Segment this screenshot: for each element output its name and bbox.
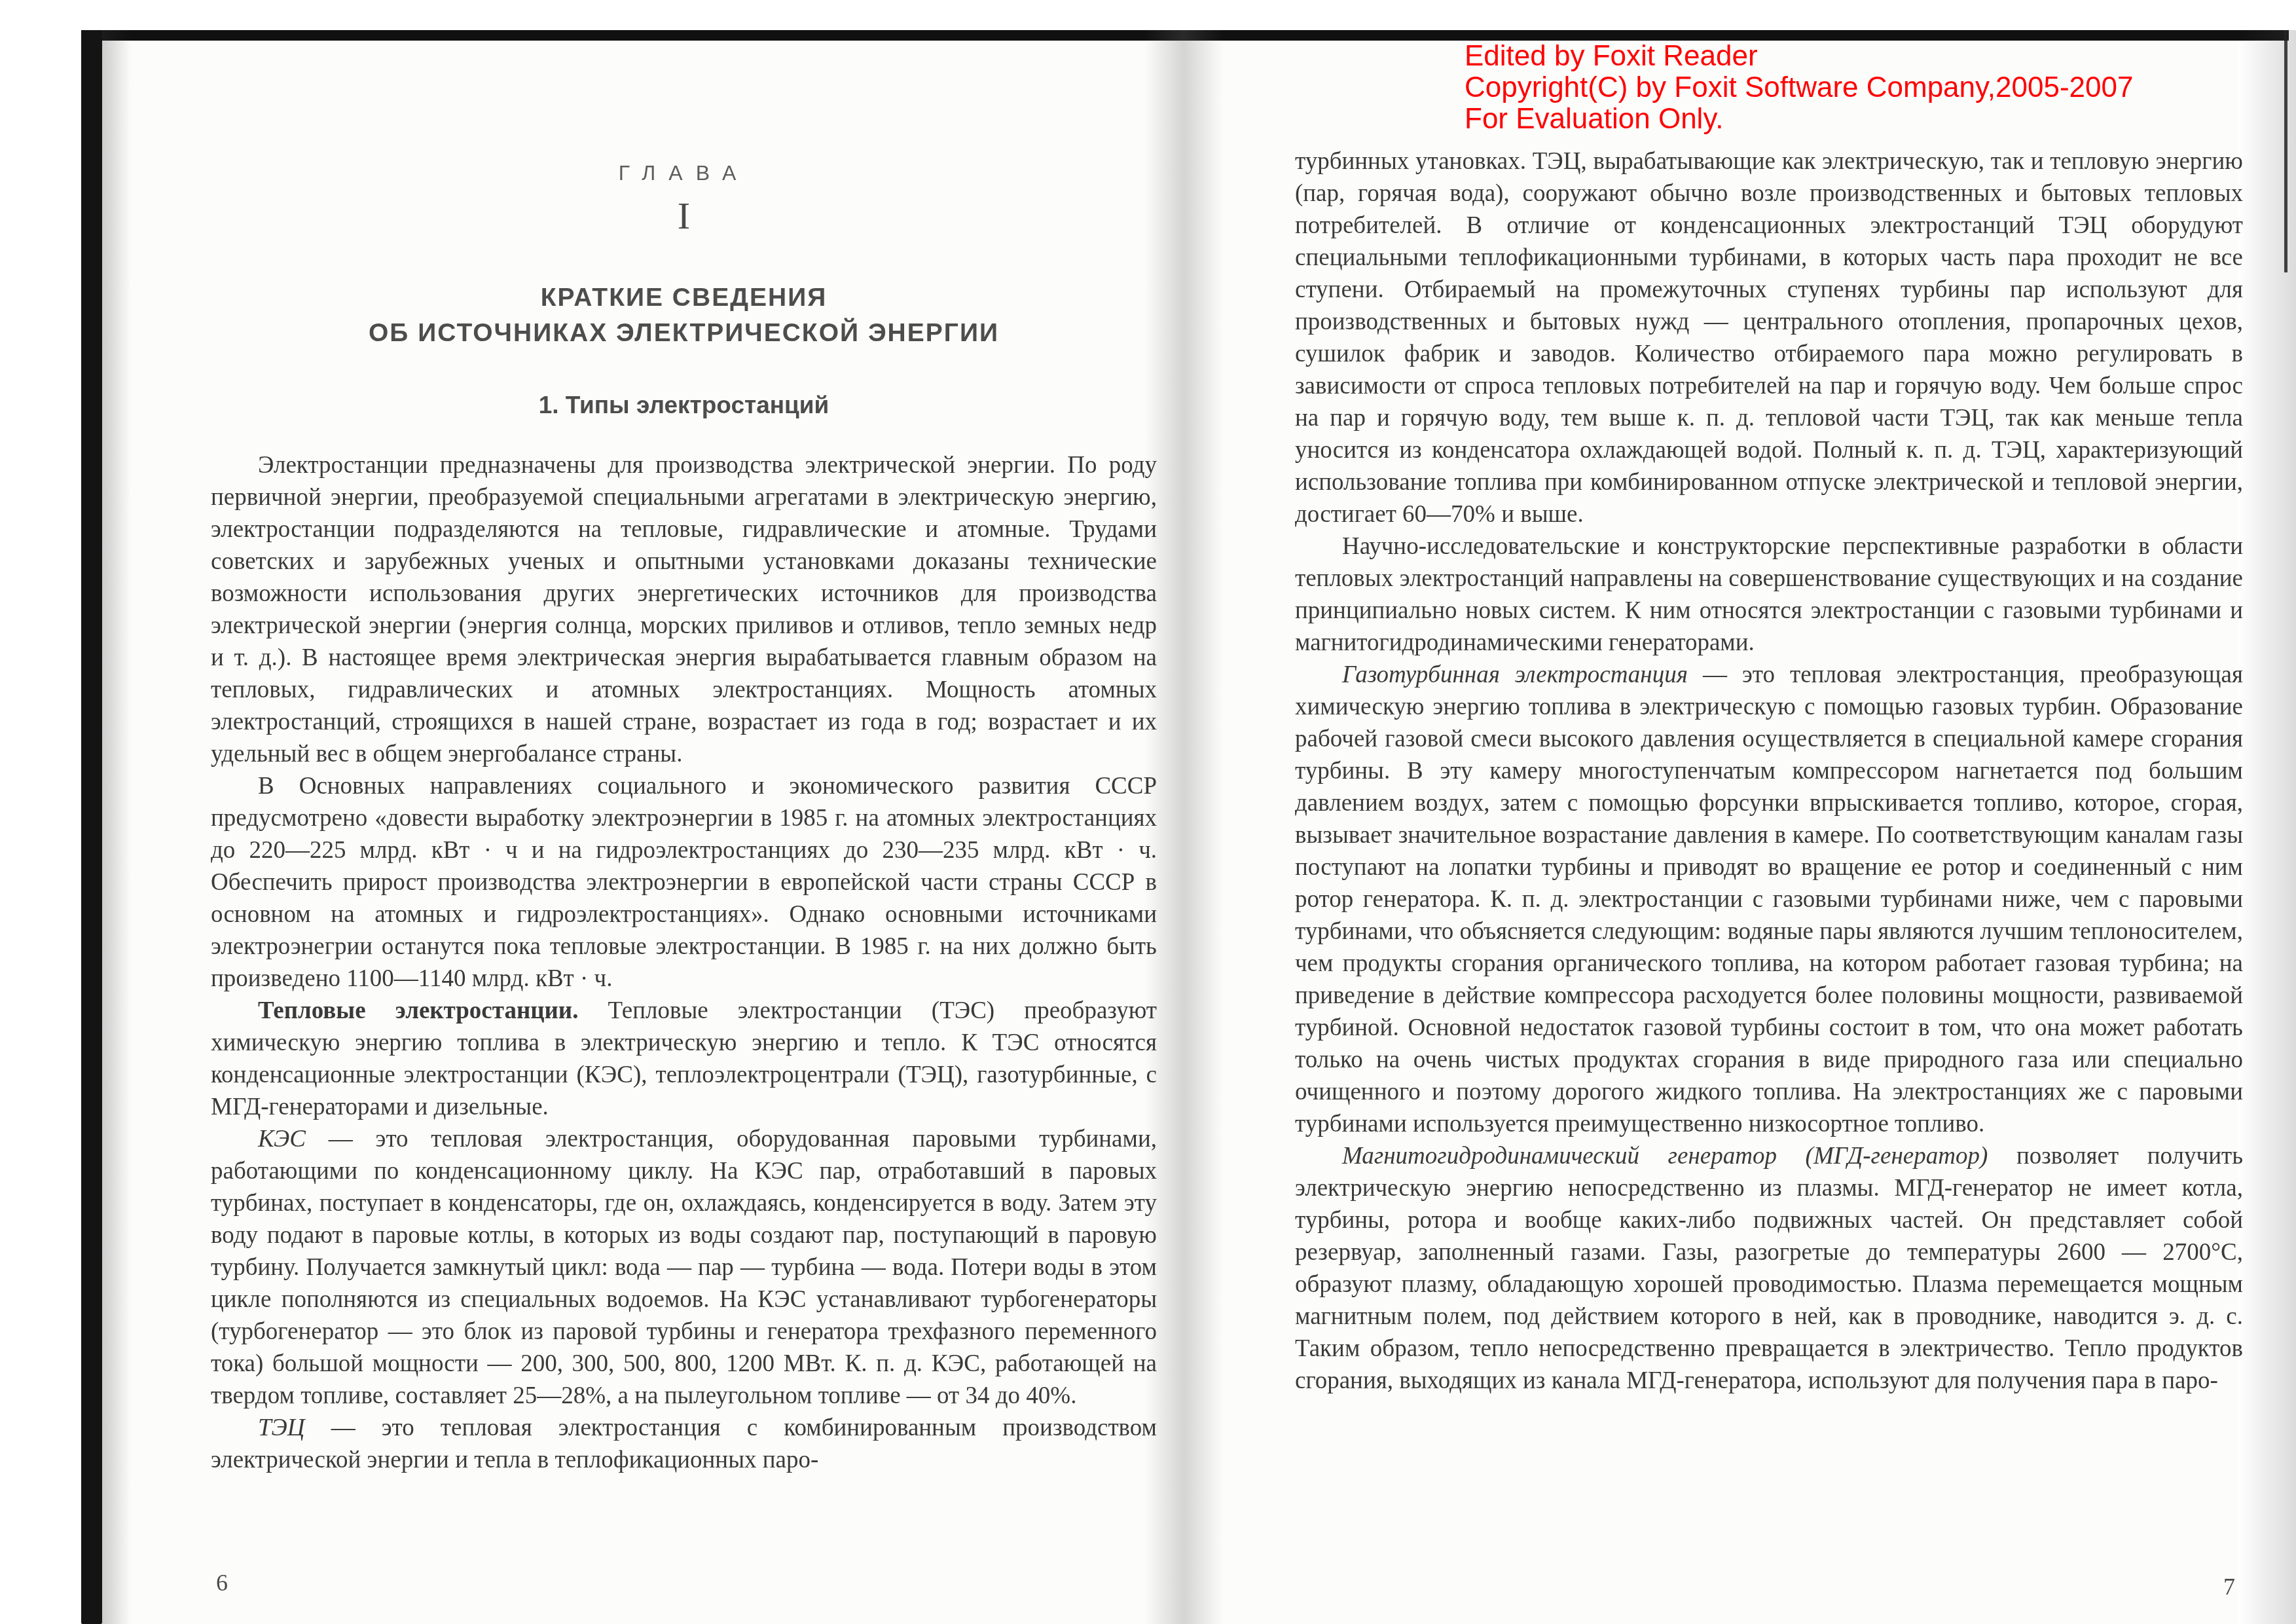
watermark-line: For Evaluation Only. xyxy=(1465,103,2133,135)
right-page-text: турбинных утановках. ТЭЦ, вырабатывающие… xyxy=(1295,145,2243,1547)
paragraph-lead: Газотурбинная электростанция xyxy=(1342,661,1688,688)
paragraph: Газотурбинная электростанция — это тепло… xyxy=(1295,659,2243,1140)
paragraph: В Основных направлениях социального и эк… xyxy=(211,770,1157,995)
paragraph: КЭС — это тепловая электростанция, обору… xyxy=(211,1123,1157,1412)
paragraph-lead: КЭС xyxy=(258,1126,306,1153)
paragraph-lead: Магнитогидродинамический генератор (МГД-… xyxy=(1342,1143,1988,1170)
paragraph: Магнитогидродинамический генератор (МГД-… xyxy=(1295,1140,2243,1397)
paragraph: Тепловые электростанции. Тепловые электр… xyxy=(211,995,1157,1123)
watermark-line: Copyright(C) by Foxit Software Company,2… xyxy=(1465,72,2133,103)
chapter-title-line: КРАТКИЕ СВЕДЕНИЯ xyxy=(211,280,1157,316)
page-number-right: 7 xyxy=(2223,1573,2235,1600)
left-page-text: Электростанции предназначены для произво… xyxy=(211,449,1157,1556)
chapter-title-line: ОБ ИСТОЧНИКАХ ЭЛЕКТРИЧЕСКОЙ ЭНЕРГИИ xyxy=(211,316,1157,351)
paragraph: ТЭЦ — это тепловая электростанция с комб… xyxy=(211,1412,1157,1476)
watermark-line: Edited by Foxit Reader xyxy=(1465,41,2133,72)
chapter-title: КРАТКИЕ СВЕДЕНИЯ ОБ ИСТОЧНИКАХ ЭЛЕКТРИЧЕ… xyxy=(211,280,1157,351)
scan-left-edge xyxy=(81,30,102,1624)
chapter-label: ГЛАВА xyxy=(211,161,1157,185)
paragraph: турбинных утановках. ТЭЦ, вырабатывающие… xyxy=(1295,145,2243,530)
paragraph: Научно-исследовательские и конструкторск… xyxy=(1295,530,2243,659)
section-heading: 1. Типы электростанций xyxy=(211,392,1157,419)
chapter-number: I xyxy=(211,194,1157,238)
paragraph: Электростанции предназначены для произво… xyxy=(211,449,1157,770)
foxit-watermark: Edited by Foxit Reader Copyright(C) by F… xyxy=(1465,41,2133,135)
scanned-book-spread: Edited by Foxit Reader Copyright(C) by F… xyxy=(0,0,2296,1624)
paragraph-lead: Тепловые электростанции. xyxy=(258,997,578,1024)
scan-left-shadow xyxy=(102,30,131,1624)
page-number-left: 6 xyxy=(216,1569,228,1596)
scan-right-edge-line xyxy=(2284,30,2287,272)
paragraph-lead: ТЭЦ xyxy=(258,1414,305,1441)
